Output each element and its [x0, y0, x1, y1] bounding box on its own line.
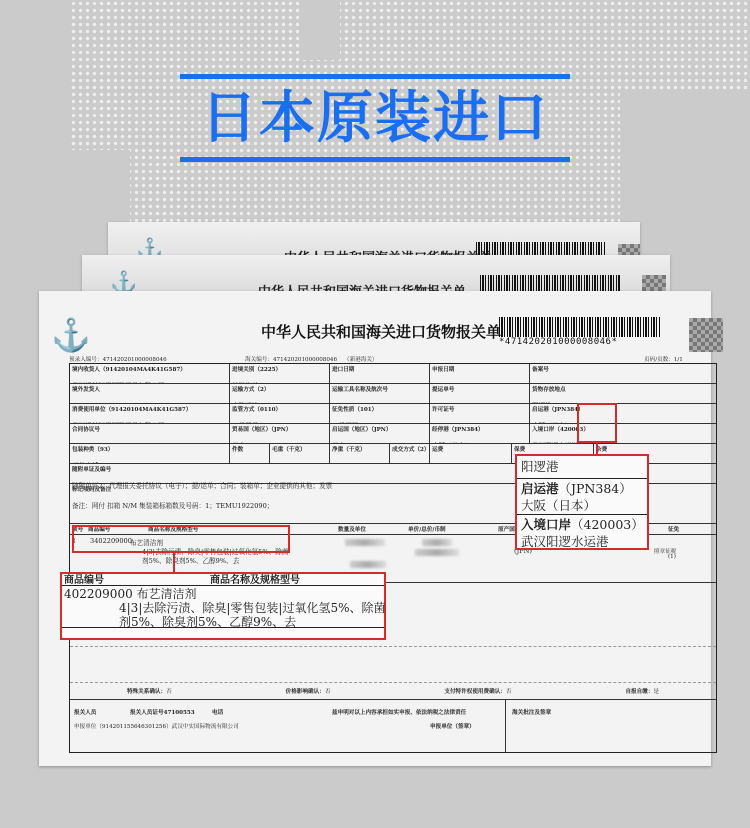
banner: 日本原装进口: [180, 74, 570, 162]
form-field: 运输方式（2）水路运输: [230, 384, 330, 403]
package-field: 件数5: [230, 444, 270, 463]
form-field: 境内收货人（91420104MA4K41G587）武汉煜韩汉思国际贸易有限公司: [70, 364, 230, 383]
confirmation-field: 特殊关系确认：否: [127, 687, 172, 695]
pre-entry-number: 预录入编号：471420201000008046: [69, 355, 167, 363]
barcode: [499, 317, 661, 337]
form-field: 消费使用单位（91420104MA4K41G587）武汉煜韩汉思国际贸易有限公司: [70, 404, 230, 423]
confirmation-field: 自报自缴：是: [625, 687, 659, 695]
form-field: 贸易国（地区）（JPN）日本: [230, 424, 330, 443]
confirmation-row: 特殊关系确认：否价格影响确认：否支付特许权使用费确认：否自报自缴：是: [70, 683, 716, 700]
blurred-price: [415, 549, 459, 556]
form-field: 进境关别（2225）外港海关: [230, 364, 330, 383]
highlight-connector: [173, 553, 175, 573]
form-field: 货物存放地点阳逻港: [530, 384, 716, 403]
form-grid: 境内收货人（91420104MA4K41G587）武汉煜韩汉思国际贸易有限公司进…: [69, 363, 717, 753]
form-field: 征免性质（101）一般征税: [330, 404, 430, 423]
map-mask: [300, 0, 340, 60]
banner-rule-top: [180, 74, 570, 79]
form-row: 境外发货人YOUGEN TRADING CO.,LTD运输方式（2）水路运输运输…: [70, 384, 716, 404]
form-field: 经停港（JPN384）大阪（日本）: [430, 424, 530, 443]
blurred-quantity: [345, 539, 385, 546]
barcode-number: *471420201000008046*: [499, 337, 669, 347]
form-field: 运输工具名称及航次号HYPERION/0127W: [330, 384, 430, 403]
confirmation-field: 支付特许权使用费确认：否: [444, 687, 511, 695]
form-row: 合同协议号YHHS2020008贸易国（地区）（JPN）日本启运国（地区）（JP…: [70, 424, 716, 444]
blurred-quantity: [350, 561, 386, 568]
package-field: 运费: [430, 444, 512, 463]
goods-callout-name: 402209000 布艺清洁剂: [64, 587, 382, 601]
form-field: 境外发货人YOUGEN TRADING CO.,LTD: [70, 384, 230, 403]
form-field: 申报日期20200812: [430, 364, 530, 383]
page-count: 页码/页数：1/1: [644, 355, 683, 363]
package-field: 成交方式（2）C&F: [390, 444, 430, 463]
form-footer: 报关人员 报关人员证号47100553 电话 兹申明对以上内容承担如实申报、依法…: [70, 700, 716, 752]
goods-column-header: 征免: [668, 525, 708, 533]
form-field: 备案号: [530, 364, 716, 383]
form-field: 许可证号: [430, 404, 530, 423]
form-field: 提运单号PASU5146677640: [430, 384, 530, 403]
form-field: 合同协议号YHHS2020008: [70, 424, 230, 443]
confirmation-field: 价格影响确认：否: [286, 687, 331, 695]
form-field: 进口日期20200729: [330, 364, 430, 383]
package-field: 净重（千克）2250: [330, 444, 390, 463]
customs-emblem-icon: ⚓: [51, 319, 91, 351]
package-field: 包装种类（93）天然木托: [70, 444, 230, 463]
qr-code: [689, 318, 723, 352]
port-callout: 阳逻港 启运港（JPN384） 大阪（日本） 入境口岸（420003） 武汉阳逻…: [515, 454, 649, 550]
declaring-unit: 申报单位（91420115564630125​6）武汉中实国际物流有限公司: [74, 722, 239, 730]
banner-rule-bottom: [180, 157, 570, 162]
package-field: 毛重（千克）2363.512: [270, 444, 330, 463]
goods-column-header: 数量及单位: [338, 525, 408, 533]
form-field: 监管方式（0110）一般贸易: [230, 404, 330, 423]
form-row: 境内收货人（91420104MA4K41G587）武汉煜韩汉思国际贸易有限公司进…: [70, 364, 716, 384]
highlight-goods-box: [72, 525, 290, 553]
goods-callout: 商品编号 商品名称及规格型号 402209000 布艺清洁剂 4|3|去除污渍、…: [60, 572, 386, 640]
form-title: 中华人民共和国海关进口货物报关单: [261, 321, 501, 342]
form-field: 启运国（地区）（JPN）日本: [330, 424, 430, 443]
storage-port: 阳逻港: [517, 456, 647, 478]
banner-title: 日本原装进口: [180, 84, 570, 154]
customs-office: （新港海关）: [344, 355, 378, 363]
form-row: 消费使用单位（91420104MA4K41G587）武汉煜韩汉思国际贸易有限公司…: [70, 404, 716, 424]
goods-column-header: 单价/总价/币制: [408, 525, 498, 533]
highlight-port-box: [577, 403, 617, 443]
form-field: 入境口岸（420003）武汉阳逻水运港: [530, 424, 716, 443]
blurred-price: [422, 539, 452, 546]
customs-number: 海关编号：471420201000008046: [245, 355, 337, 363]
empty-goods-area: [70, 647, 716, 683]
form-field: 启运港（JPN384）大阪（日本）: [530, 404, 716, 423]
